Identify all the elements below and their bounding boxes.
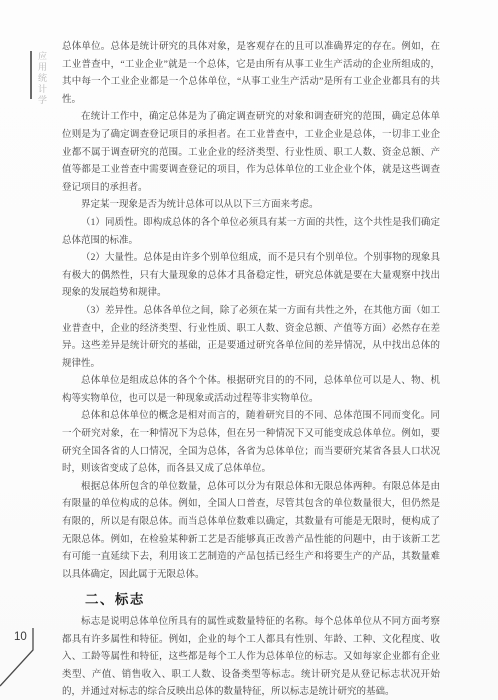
main-text-column: 总体单位。总体是统计研究的具体对象，是客观存在的且可以准确界定的存在。例如，在工…: [62, 39, 440, 700]
page-number: 10: [14, 631, 27, 643]
paragraph-mass-quality: （2）大量性。总体是由许多个别单位组成，而不是只有个别单位。个别事物的现象具有极…: [62, 250, 440, 303]
margin-book-title: 应用统计学: [30, 51, 46, 106]
paragraph-population-unit-intro: 总体单位。总体是统计研究的具体对象，是客观存在的且可以准确界定的存在。例如，在工…: [62, 39, 440, 109]
paragraph-relative-concept: 总体和总体单位的概念是相对而言的，随着研究目的不同、总体范围不同而变化。同一个研…: [62, 408, 440, 478]
margin-rule: [30, 51, 32, 99]
book-page: 应用统计学 总体单位。总体是统计研究的具体对象，是客观存在的且可以准确界定的存在…: [0, 0, 498, 700]
paragraph-variability: （3）差异性。总体各单位之间，除了必须在某一方面有共性之外，在其他方面（如工业普…: [62, 303, 440, 373]
paragraph-three-aspects-lead: 界定某一现象是否为统计总体可以从以下三方面来考虑。: [62, 197, 440, 215]
paragraph-purpose-of-defining: 在统计工作中，确定总体是为了确定调查研究的对象和调查研究的范围，确定总体单位则是…: [62, 109, 440, 197]
book-title-vertical-label: 应用统计学: [37, 51, 46, 106]
paragraph-biaozhi-definition: 标志是说明总体单位所具有的属性或数量特征的名称。每个总体单位从不同方面考察都具有…: [62, 614, 440, 700]
paragraph-unit-types: 总体单位是组成总体的各个个体。根据研究目的的不同，总体单位可以是人、物、机构等实…: [62, 373, 440, 408]
paragraph-finite-infinite: 根据总体所包含的单位数量，总体可以分为有限总体和无限总体两种。有限总体是由有限量…: [62, 479, 440, 585]
paragraph-homogeneity: （1）同质性。即构成总体的各个单位必须具有某一方面的共性，这个共性是我们确定总体…: [62, 215, 440, 250]
section-heading-biaozhi: 二、标志: [62, 591, 440, 609]
